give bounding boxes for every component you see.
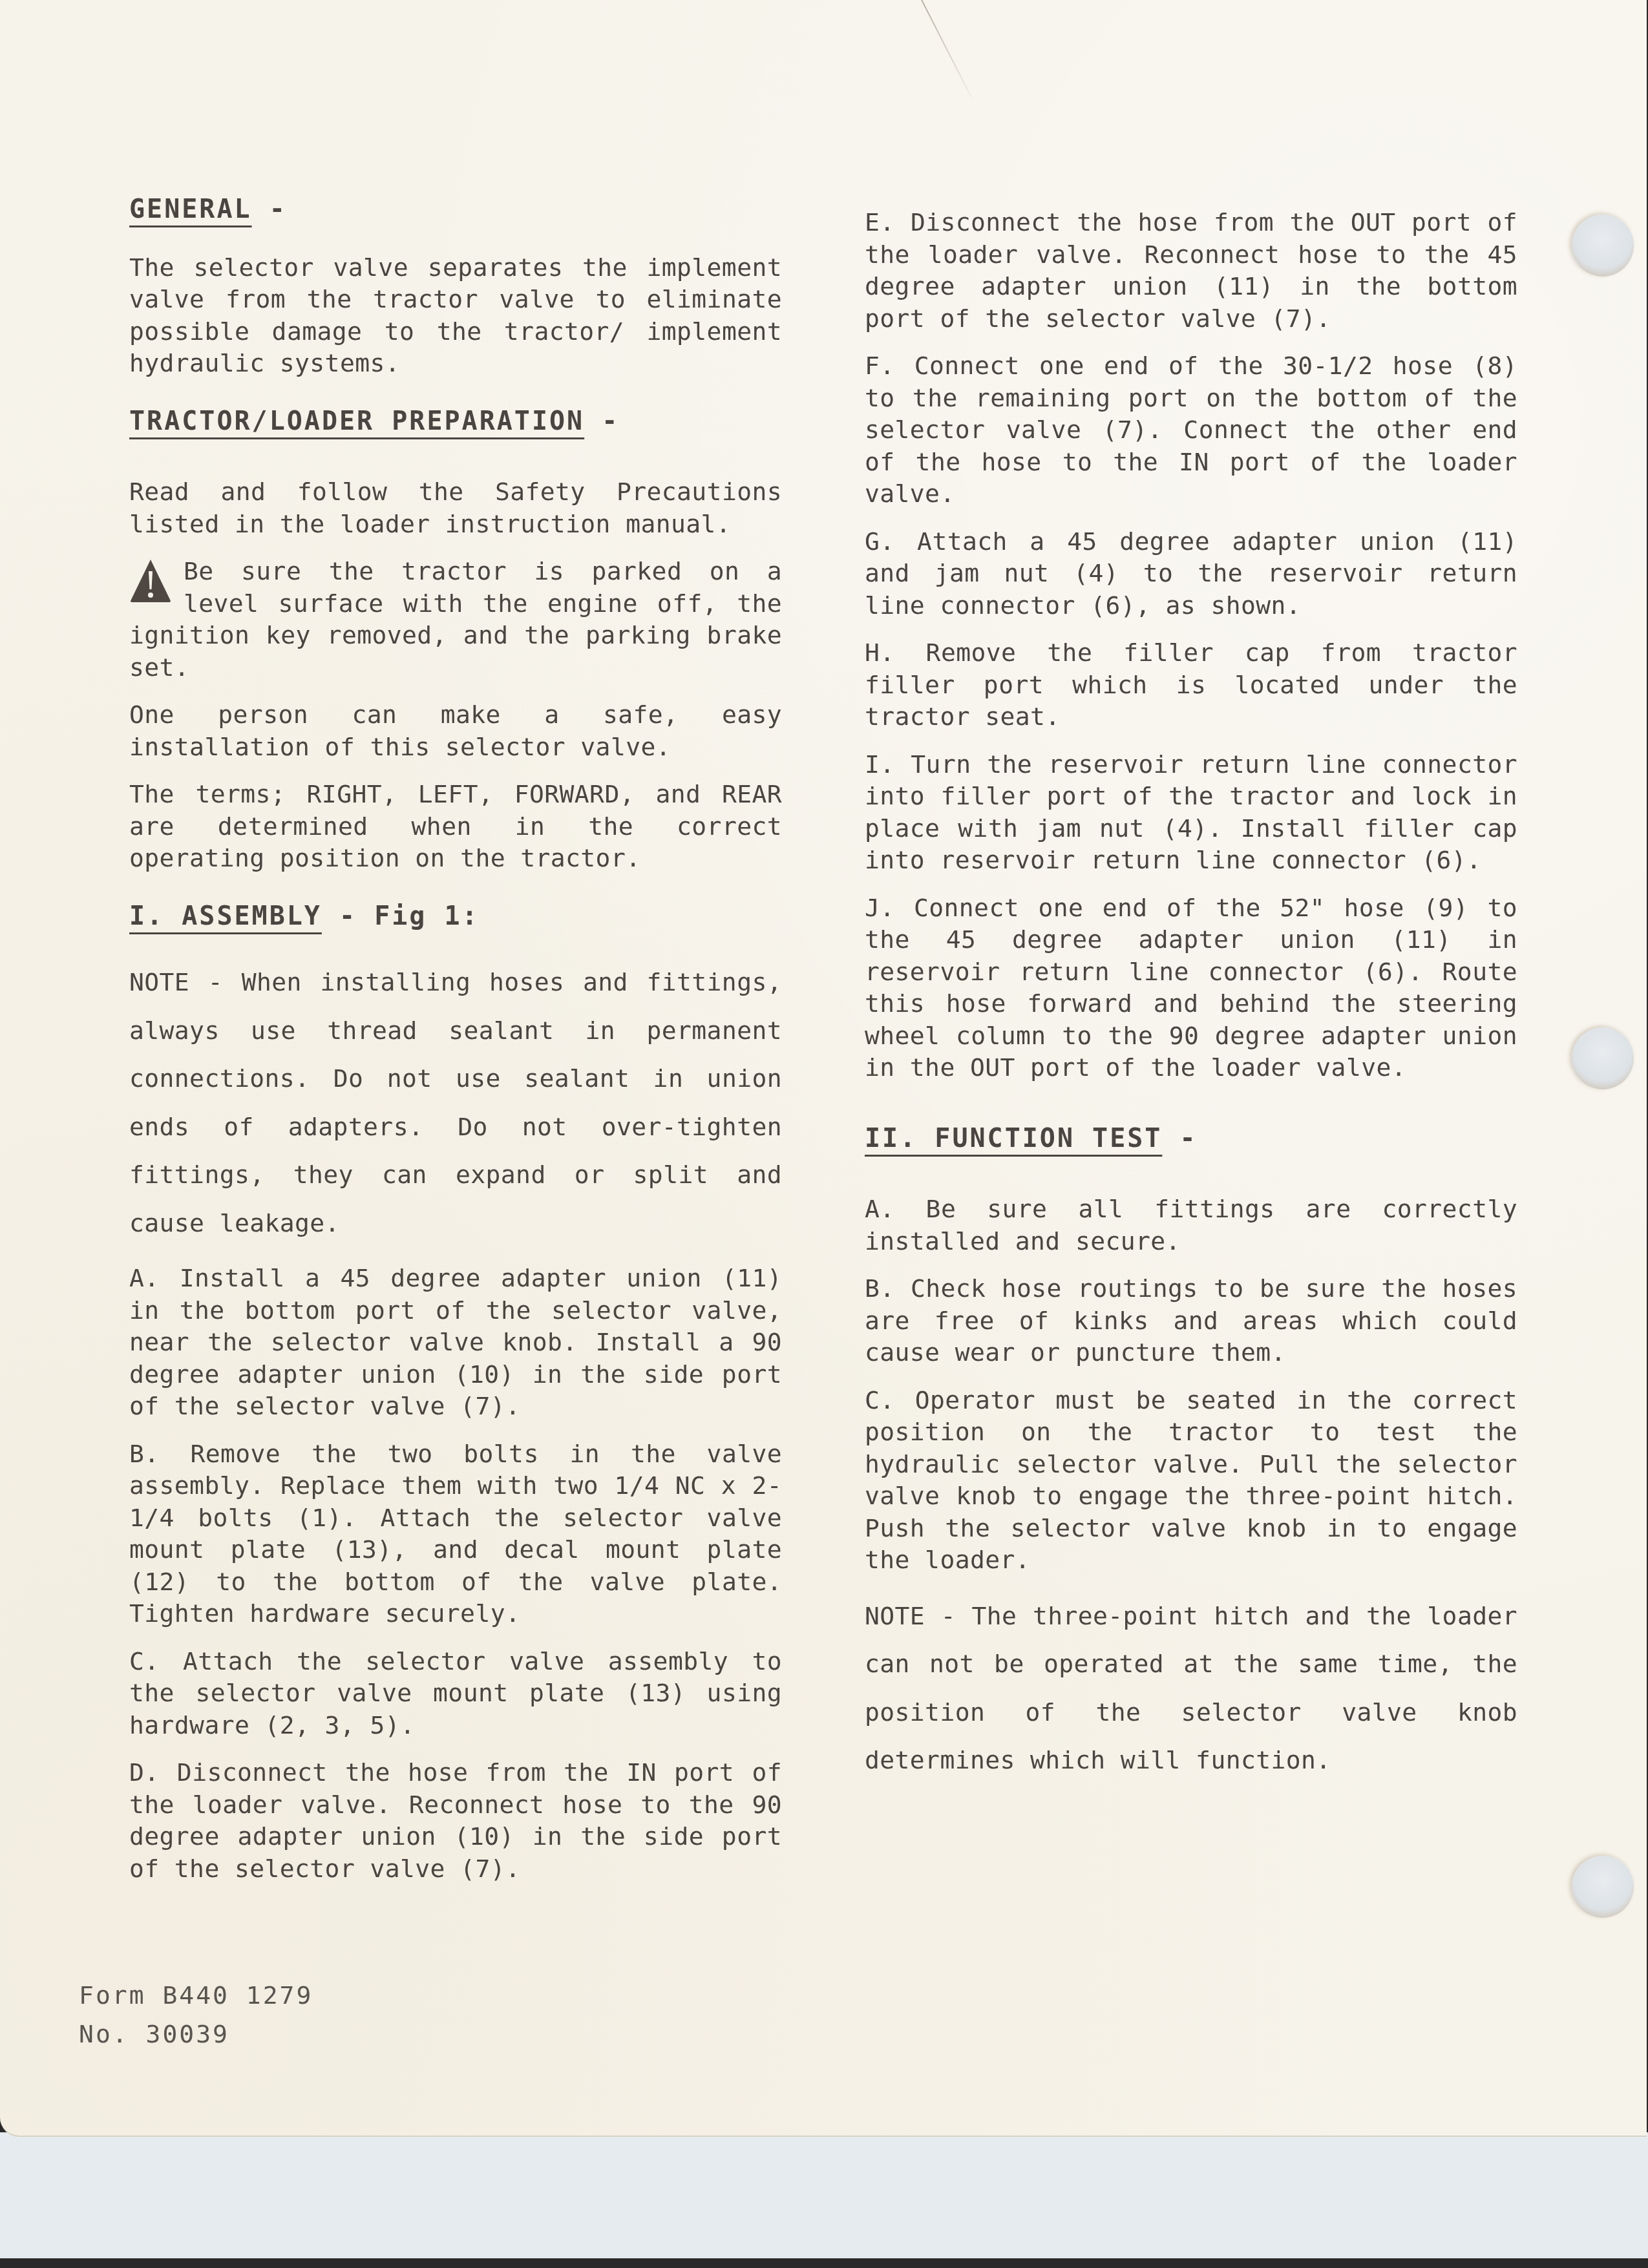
terms-paragraph: The terms; RIGHT, LEFT, FORWARD, and REA…	[129, 779, 782, 875]
assembly-step: G. Attach a 45 degree adapter union (11)…	[865, 526, 1517, 622]
assembly-step: D. Disconnect the hose from the IN port …	[129, 1757, 782, 1885]
section-heading-assembly: I. ASSEMBLY - Fig 1:	[129, 901, 782, 933]
assembly-step: B. Remove the two bolts in the valve ass…	[129, 1438, 782, 1630]
general-paragraph: The selector valve separates the impleme…	[129, 252, 782, 380]
assembly-step: E. Disconnect the hose from the OUT port…	[865, 207, 1517, 335]
function-test-step: C. Operator must be seated in the correc…	[865, 1385, 1517, 1577]
form-number: Form B440 1279	[79, 1976, 313, 2015]
assembly-step: J. Connect one end of the 52" hose (9) t…	[865, 892, 1517, 1084]
one-person-paragraph: One person can make a safe, easy install…	[129, 699, 782, 763]
document-number: No. 30039	[79, 2015, 313, 2053]
binder-hole-icon	[1572, 215, 1634, 277]
assembly-step: I. Turn the reservoir return line connec…	[865, 749, 1517, 877]
binder-hole-icon	[1572, 1856, 1634, 1918]
warning-triangle-icon	[129, 558, 172, 604]
form-footer: Form B440 1279 No. 30039	[79, 1976, 313, 2053]
assembly-step: H. Remove the filler cap from tractor fi…	[865, 637, 1517, 733]
assembly-step: F. Connect one end of the 30-1/2 hose (8…	[865, 350, 1517, 510]
section-heading-preparation: TRACTOR/LOADER PREPARATION -	[129, 406, 782, 438]
function-test-step: B. Check hose routings to be sure the ho…	[865, 1273, 1517, 1369]
paper-crease	[921, 0, 972, 98]
assembly-step: A. Install a 45 degree adapter union (11…	[129, 1263, 782, 1423]
function-test-step: A. Be sure all fittings are correctly in…	[865, 1193, 1517, 1257]
function-test-note: NOTE - The three-point hitch and the loa…	[865, 1592, 1517, 1785]
scanner-bed	[0, 2132, 1648, 2258]
section-heading-function-test: II. FUNCTION TEST -	[865, 1123, 1517, 1155]
left-column: GENERAL - The selector valve separates t…	[129, 194, 782, 1885]
safety-warning: Be sure the tractor is parked on a level…	[129, 556, 782, 684]
binder-hole-icon	[1572, 1027, 1634, 1089]
right-column: E. Disconnect the hose from the OUT port…	[865, 207, 1517, 1785]
warning-text: Be sure the tractor is parked on a level…	[129, 556, 782, 684]
assembly-step: C. Attach the selector valve assembly to…	[129, 1646, 782, 1742]
safety-precautions-paragraph: Read and follow the Safety Precautions l…	[129, 476, 782, 540]
section-heading-general: GENERAL -	[129, 194, 782, 226]
document-page: GENERAL - The selector valve separates t…	[0, 0, 1647, 2137]
assembly-note: NOTE - When installing hoses and fitting…	[129, 958, 782, 1247]
